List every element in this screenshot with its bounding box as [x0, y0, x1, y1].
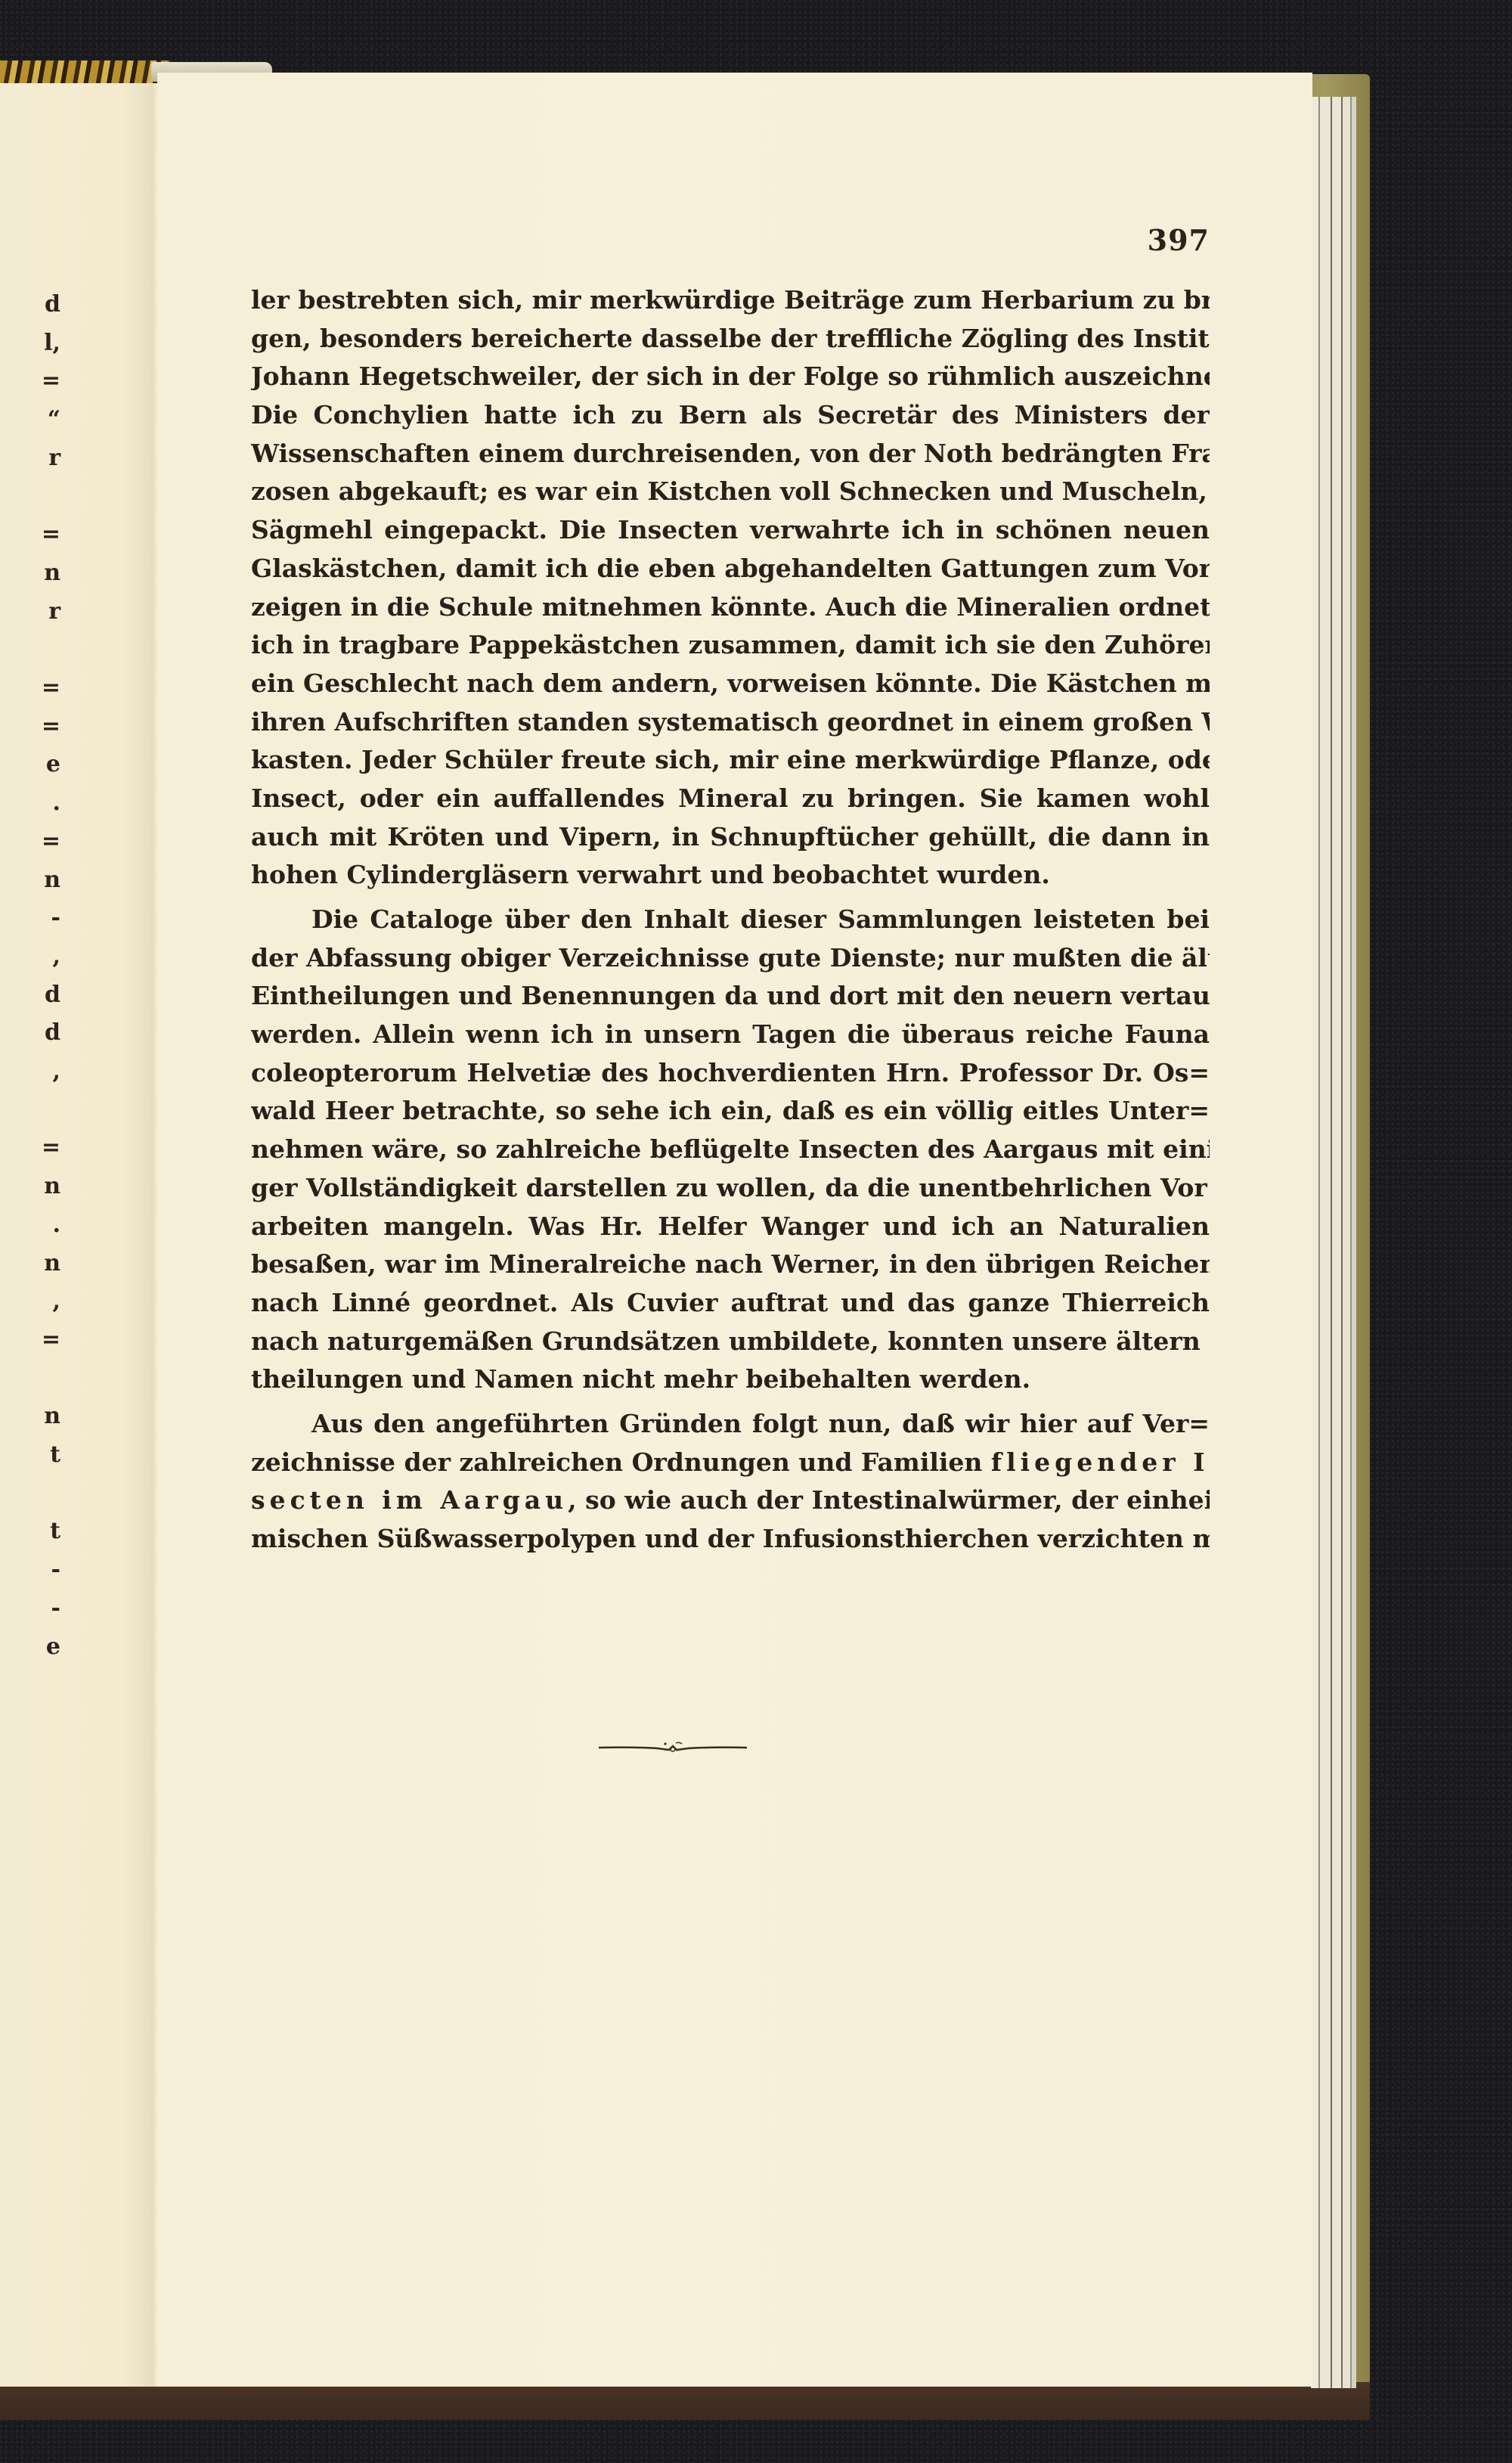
- text-line: wald Heer betrachte, so sehe ich ein, da…: [251, 1092, 1210, 1131]
- left-page-fragment: ,: [0, 1283, 60, 1321]
- text-line: ler bestrebten sich, mir merkwürdige Bei…: [251, 281, 1210, 320]
- left-page-fragment: d: [0, 286, 60, 324]
- text-line: Glaskästchen, damit ich die eben abgehan…: [251, 550, 1210, 588]
- text-line: Sägmehl eingepackt. Die Insecten verwahr…: [251, 511, 1210, 550]
- left-page-fragment: =: [0, 823, 60, 861]
- text-line: Die Conchylien hatte ich zu Bern als Sec…: [251, 396, 1210, 435]
- page-leaves-edge: [1311, 97, 1356, 2388]
- latin-term: coleopterorum Helvetiæ: [251, 1058, 591, 1087]
- left-page-fragment: -: [0, 1590, 60, 1628]
- letterspaced-term: secten im Aargau: [251, 1485, 568, 1515]
- left-page-fragment: ,: [0, 1053, 60, 1091]
- text-line: nehmen wäre, so zahlreiche beflügelte In…: [251, 1131, 1210, 1169]
- text-line: Wissenschaften einem durchreisenden, von…: [251, 435, 1210, 473]
- text-line: zeigen in die Schule mitnehmen könnte. A…: [251, 588, 1210, 627]
- paragraph-gap: [251, 895, 1210, 901]
- left-page-fragment: =: [0, 516, 60, 554]
- text-line: hohen Cylindergläsern verwahrt und beoba…: [251, 856, 1210, 895]
- left-page-fragment: t: [0, 1512, 60, 1551]
- text-line: ihren Aufschriften standen systematisch …: [251, 703, 1210, 742]
- text-line: gen, besonders bereicherte dasselbe der …: [251, 320, 1210, 358]
- left-page-fragment: =: [0, 362, 60, 401]
- text-line: kasten. Jeder Schüler freute sich, mir e…: [251, 741, 1210, 780]
- left-page-fragment: t: [0, 1436, 60, 1475]
- text-line: secten im Aargau, so wie auch der Intest…: [251, 1481, 1210, 1520]
- latin-term: Fauna: [1125, 1019, 1210, 1049]
- text-line: coleopterorum Helvetiæ des hochverdiente…: [251, 1054, 1210, 1093]
- text-line: der Abfassung obiger Verzeichnisse gute …: [251, 939, 1210, 978]
- body-text: ler bestrebten sich, mir merkwürdige Bei…: [251, 281, 1210, 1559]
- left-page-fragment: r: [0, 593, 60, 631]
- left-page-fragment: l,: [0, 324, 60, 363]
- left-page-fragment: -: [0, 1551, 60, 1590]
- text-line: zosen abgekauft; es war ein Kistchen vol…: [251, 473, 1210, 511]
- text-line: theilungen und Namen nicht mehr beibehal…: [251, 1360, 1210, 1399]
- left-page-fragment: =: [0, 708, 60, 746]
- left-page-fragment: .: [0, 784, 60, 823]
- text-line: auch mit Kröten und Vipern, in Schnupftü…: [251, 818, 1210, 857]
- left-page-fragment: n: [0, 1168, 60, 1206]
- text-line: Eintheilungen und Benennungen da und dor…: [251, 977, 1210, 1016]
- end-ornament-icon: [597, 1739, 748, 1754]
- text-line: ein Geschlecht nach dem andern, vorweise…: [251, 665, 1210, 703]
- left-page: dl,=“r=nr==e.=n-,dd,=n.n,=ntt--e: [0, 73, 155, 2387]
- paragraph-gap: [251, 1399, 1210, 1405]
- text-line: Aus den angeführten Gründen folgt nun, d…: [251, 1405, 1210, 1444]
- page-number: 397: [1119, 223, 1210, 257]
- left-page-fragment: =: [0, 1129, 60, 1168]
- text-line: zeichnisse der zahlreichen Ordnungen und…: [251, 1444, 1210, 1482]
- text-line: besaßen, war im Mineralreiche nach Werne…: [251, 1245, 1210, 1284]
- left-page-fragment: n: [0, 861, 60, 900]
- text-line: ich in tragbare Pappekästchen zusammen, …: [251, 626, 1210, 665]
- left-page-fragment: n: [0, 554, 60, 593]
- left-page-fragment: e: [0, 746, 60, 784]
- left-page-fragment: “: [0, 401, 60, 439]
- left-page-fragment: =: [0, 1321, 60, 1360]
- left-page-fragment: e: [0, 1628, 60, 1667]
- left-page-fragment: =: [0, 669, 60, 708]
- text-line: nach Linné geordnet. Als Cuvier auftrat …: [251, 1284, 1210, 1323]
- text-line: Insect, oder ein auffallendes Mineral zu…: [251, 780, 1210, 818]
- left-page-fragment: ,: [0, 938, 60, 976]
- left-page-fragment: r: [0, 439, 60, 478]
- text-line: werden. Allein wenn ich in unsern Tagen …: [251, 1016, 1210, 1054]
- left-page-fragment: d: [0, 976, 60, 1015]
- book-cover-bottom: [0, 2382, 1370, 2420]
- letterspaced-term: fliegender In=: [991, 1447, 1210, 1477]
- left-page-fragment: n: [0, 1245, 60, 1283]
- gilt-headband: [0, 60, 174, 83]
- text-line: ger Vollständigkeit darstellen zu wollen…: [251, 1169, 1210, 1208]
- text-line: arbeiten mangeln. Was Hr. Helfer Wanger …: [251, 1208, 1210, 1246]
- left-page-fragment: .: [0, 1206, 60, 1245]
- left-page-fragment: -: [0, 899, 60, 938]
- left-page-fragment: n: [0, 1397, 60, 1436]
- text-line: nach naturgemäßen Grundsätzen umbildete,…: [251, 1323, 1210, 1361]
- left-page-fragment: d: [0, 1014, 60, 1053]
- text-line: Johann Hegetschweiler, der sich in der F…: [251, 358, 1210, 396]
- text-line: Die Cataloge über den Inhalt dieser Samm…: [251, 901, 1210, 939]
- text-line: mischen Süßwasserpolypen und der Infusio…: [251, 1520, 1210, 1559]
